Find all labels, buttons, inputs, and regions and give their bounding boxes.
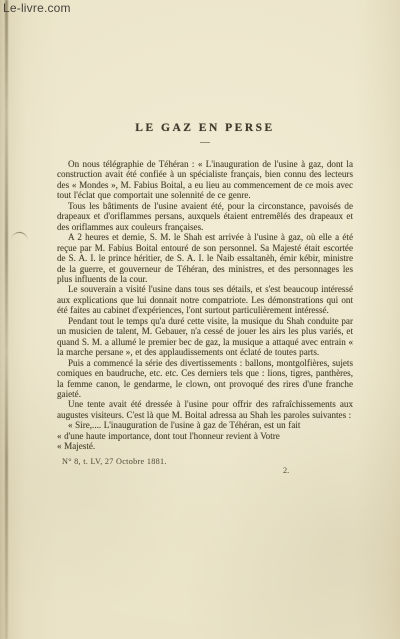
scanned-book-page: Le-livre.com LE GAZ EN PERSE — On nous t… <box>0 0 400 639</box>
page-footer: N° 8, t. LV, 27 Octobre 1881. 2. <box>57 457 353 479</box>
paragraph: A 2 heures et demie, S. M. le Shah est a… <box>57 232 353 284</box>
article-body: On nous télégraphie de Téhéran : « L'ina… <box>57 159 353 452</box>
paragraph: Le souverain a visité l'usine dans tous … <box>57 284 353 315</box>
page-gutter-crease <box>5 0 8 639</box>
paragraph: Tous les bâtiments de l'usine avaient ét… <box>57 201 353 232</box>
paragraph-quote: « Sire,.... L'inauguration de l'usine à … <box>57 420 353 451</box>
paragraph: On nous télégraphie de Téhéran : « L'ina… <box>57 159 353 201</box>
title-divider: — <box>57 139 353 147</box>
pen-mark <box>12 231 29 241</box>
watermark: Le-livre.com <box>3 1 71 15</box>
issue-reference: N° 8, t. LV, 27 Octobre 1881. <box>62 457 167 466</box>
paragraph: Puis a commencé la série des divertissem… <box>57 358 353 400</box>
signature-number: 2. <box>283 466 289 475</box>
page-text-block: LE GAZ EN PERSE — On nous télégraphie de… <box>57 122 353 479</box>
article-title: LE GAZ EN PERSE <box>57 122 353 134</box>
paragraph: Une tente avait été dressée à l'usine po… <box>57 399 353 420</box>
paragraph: Pendant tout le temps qu'a duré cette vi… <box>57 316 353 358</box>
